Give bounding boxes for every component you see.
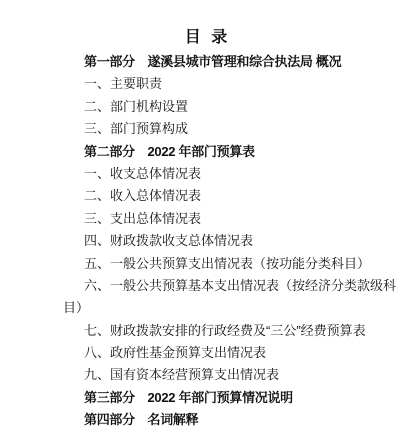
toc-item: 六、一般公共预算基本支出情况表（按经济分类款级科 bbox=[0, 275, 415, 297]
toc-part-heading: 第三部分 2022 年部门预算情况说明 bbox=[0, 387, 415, 409]
toc-part-heading: 第一部分 遂溪县城市管理和综合执法局 概况 bbox=[0, 51, 415, 73]
toc-item: 一、收支总体情况表 bbox=[0, 163, 415, 185]
toc-item: 八、政府性基金预算支出情况表 bbox=[0, 342, 415, 364]
toc-item: 五、一般公共预算支出情况表（按功能分类科目） bbox=[0, 253, 415, 275]
toc-item: 七、财政拨款安排的行政经费及“三公”经费预算表 bbox=[0, 320, 415, 342]
toc-item: 二、部门机构设置 bbox=[0, 96, 415, 118]
document-page: 目 录 第一部分 遂溪县城市管理和综合执法局 概况一、主要职责二、部门机构设置三… bbox=[0, 0, 415, 436]
toc-item: 三、部门预算构成 bbox=[0, 118, 415, 140]
toc-part-heading: 第四部分 名词解释 bbox=[0, 409, 415, 431]
toc-item: 九、国有资本经营预算支出情况表 bbox=[0, 364, 415, 386]
toc-item: 一、主要职责 bbox=[0, 73, 415, 95]
toc-item-continuation: 目） bbox=[0, 297, 415, 319]
toc-list: 第一部分 遂溪县城市管理和综合执法局 概况一、主要职责二、部门机构设置三、部门预… bbox=[0, 51, 415, 432]
toc-item: 四、财政拨款收支总体情况表 bbox=[0, 230, 415, 252]
page-title: 目 录 bbox=[0, 29, 415, 46]
toc-item: 三、支出总体情况表 bbox=[0, 208, 415, 230]
toc-item: 二、收入总体情况表 bbox=[0, 185, 415, 207]
toc-part-heading: 第二部分 2022 年部门预算表 bbox=[0, 141, 415, 163]
